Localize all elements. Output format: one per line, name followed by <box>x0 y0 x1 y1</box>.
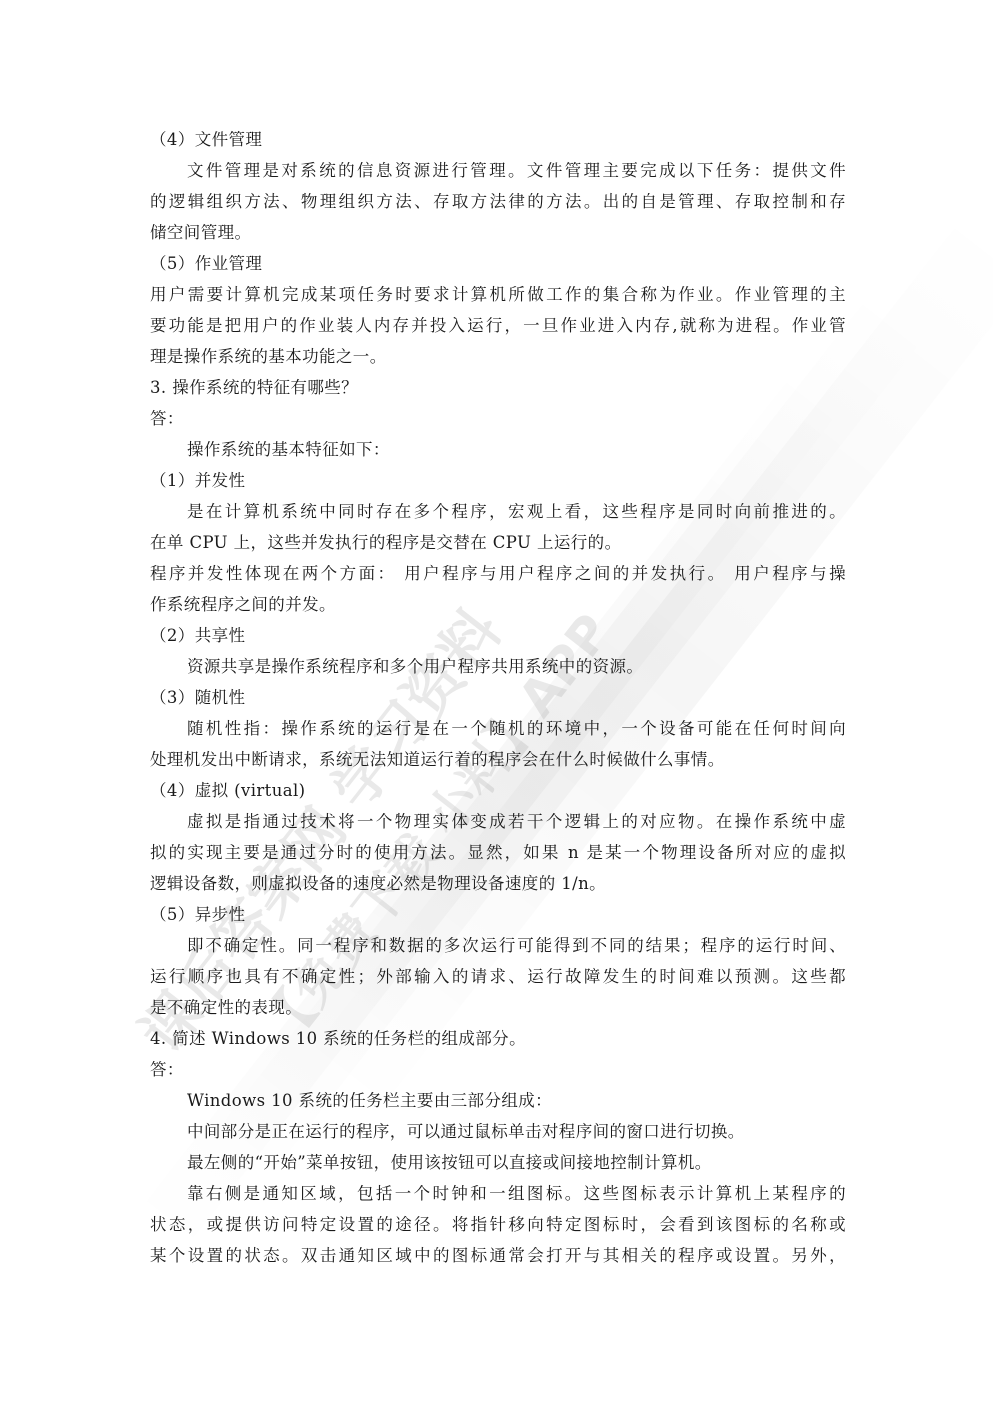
subheading-file-management: （4）文件管理 <box>150 124 846 155</box>
paragraph-line: 拟的实现主要是通过分时的使用方法。显然，如果 n 是某一个物理设备所对应的虚拟 <box>150 837 846 868</box>
paragraph-line: 储空间管理。 <box>150 217 846 248</box>
paragraph-line: 即不确定性。同一程序和数据的多次运行可能得到不同的结果；程序的运行时间、 <box>150 930 846 961</box>
paragraph-line: 处理机发出中断请求，系统无法知道运行着的程序会在什么时候做什么事情。 <box>150 744 846 775</box>
paragraph-line: 在单 CPU 上，这些并发执行的程序是交替在 CPU 上运行的。 <box>150 527 846 558</box>
paragraph-line: 状态，或提供访问特定设置的途径。将指针移向特定图标时，会看到该图标的名称或 <box>150 1209 846 1240</box>
answer-label: 答： <box>150 1054 846 1085</box>
subheading-virtual: （4）虚拟 (virtual) <box>150 775 846 806</box>
paragraph-line: 文件管理是对系统的信息资源进行管理。文件管理主要完成以下任务：提供文件 <box>150 155 846 186</box>
answer-label: 答： <box>150 403 846 434</box>
paragraph-line: 某个设置的状态。双击通知区域中的图标通常会打开与其相关的程序或设置。另外， <box>150 1240 846 1271</box>
paragraph-line: 要功能是把用户的作业装人内存并投入运行，一旦作业进入内存,就称为进程。作业管 <box>150 310 846 341</box>
paragraph-line: Windows 10 系统的任务栏主要由三部分组成： <box>150 1085 846 1116</box>
paragraph-line: 作系统程序之间的并发。 <box>150 589 846 620</box>
paragraph-line: 逻辑设备数，则虚拟设备的速度必然是物理设备速度的 1/n。 <box>150 868 846 899</box>
paragraph-line: 用户需要计算机完成某项任务时要求计算机所做工作的集合称为作业。作业管理的主 <box>150 279 846 310</box>
subheading-job-management: （5）作业管理 <box>150 248 846 279</box>
paragraph-line: 的逻辑组织方法、物理组织方法、存取方法律的方法。出的自是管理、存取控制和存 <box>150 186 846 217</box>
subheading-concurrency: （1）并发性 <box>150 465 846 496</box>
paragraph-line: 资源共享是操作系统程序和多个用户程序共用系统中的资源。 <box>150 651 846 682</box>
document-page: （4）文件管理 文件管理是对系统的信息资源进行管理。文件管理主要完成以下任务：提… <box>150 124 846 1271</box>
subheading-asynchrony: （5）异步性 <box>150 899 846 930</box>
paragraph-line: 程序并发性体现在两个方面： 用户程序与用户程序之间的并发执行。 用户程序与操 <box>150 558 846 589</box>
paragraph-line: 是不确定性的表现。 <box>150 992 846 1023</box>
paragraph-line: 操作系统的基本特征如下： <box>150 434 846 465</box>
paragraph-line: 理是操作系统的基本功能之一。 <box>150 341 846 372</box>
question-4: 4. 简述 Windows 10 系统的任务栏的组成部分。 <box>150 1023 846 1054</box>
paragraph-line: 运行顺序也具有不确定性；外部输入的请求、运行故障发生的时间难以预测。这些都 <box>150 961 846 992</box>
question-3: 3. 操作系统的特征有哪些？ <box>150 372 846 403</box>
paragraph-line: 靠右侧是通知区域，包括一个时钟和一组图标。这些图标表示计算机上某程序的 <box>150 1178 846 1209</box>
subheading-sharing: （2）共享性 <box>150 620 846 651</box>
paragraph-line: 中间部分是正在运行的程序，可以通过鼠标单击对程序间的窗口进行切换。 <box>150 1116 846 1147</box>
paragraph-line: 虚拟是指通过技术将一个物理实体变成若干个逻辑上的对应物。在操作系统中虚 <box>150 806 846 837</box>
paragraph-line: 是在计算机系统中同时存在多个程序，宏观上看，这些程序是同时向前推进的。 <box>150 496 846 527</box>
subheading-randomness: （3）随机性 <box>150 682 846 713</box>
paragraph-line: 随机性指：操作系统的运行是在一个随机的环境中，一个设备可能在任何时间向 <box>150 713 846 744</box>
paragraph-line: 最左侧的“开始”菜单按钮，使用该按钮可以直接或间接地控制计算机。 <box>150 1147 846 1178</box>
